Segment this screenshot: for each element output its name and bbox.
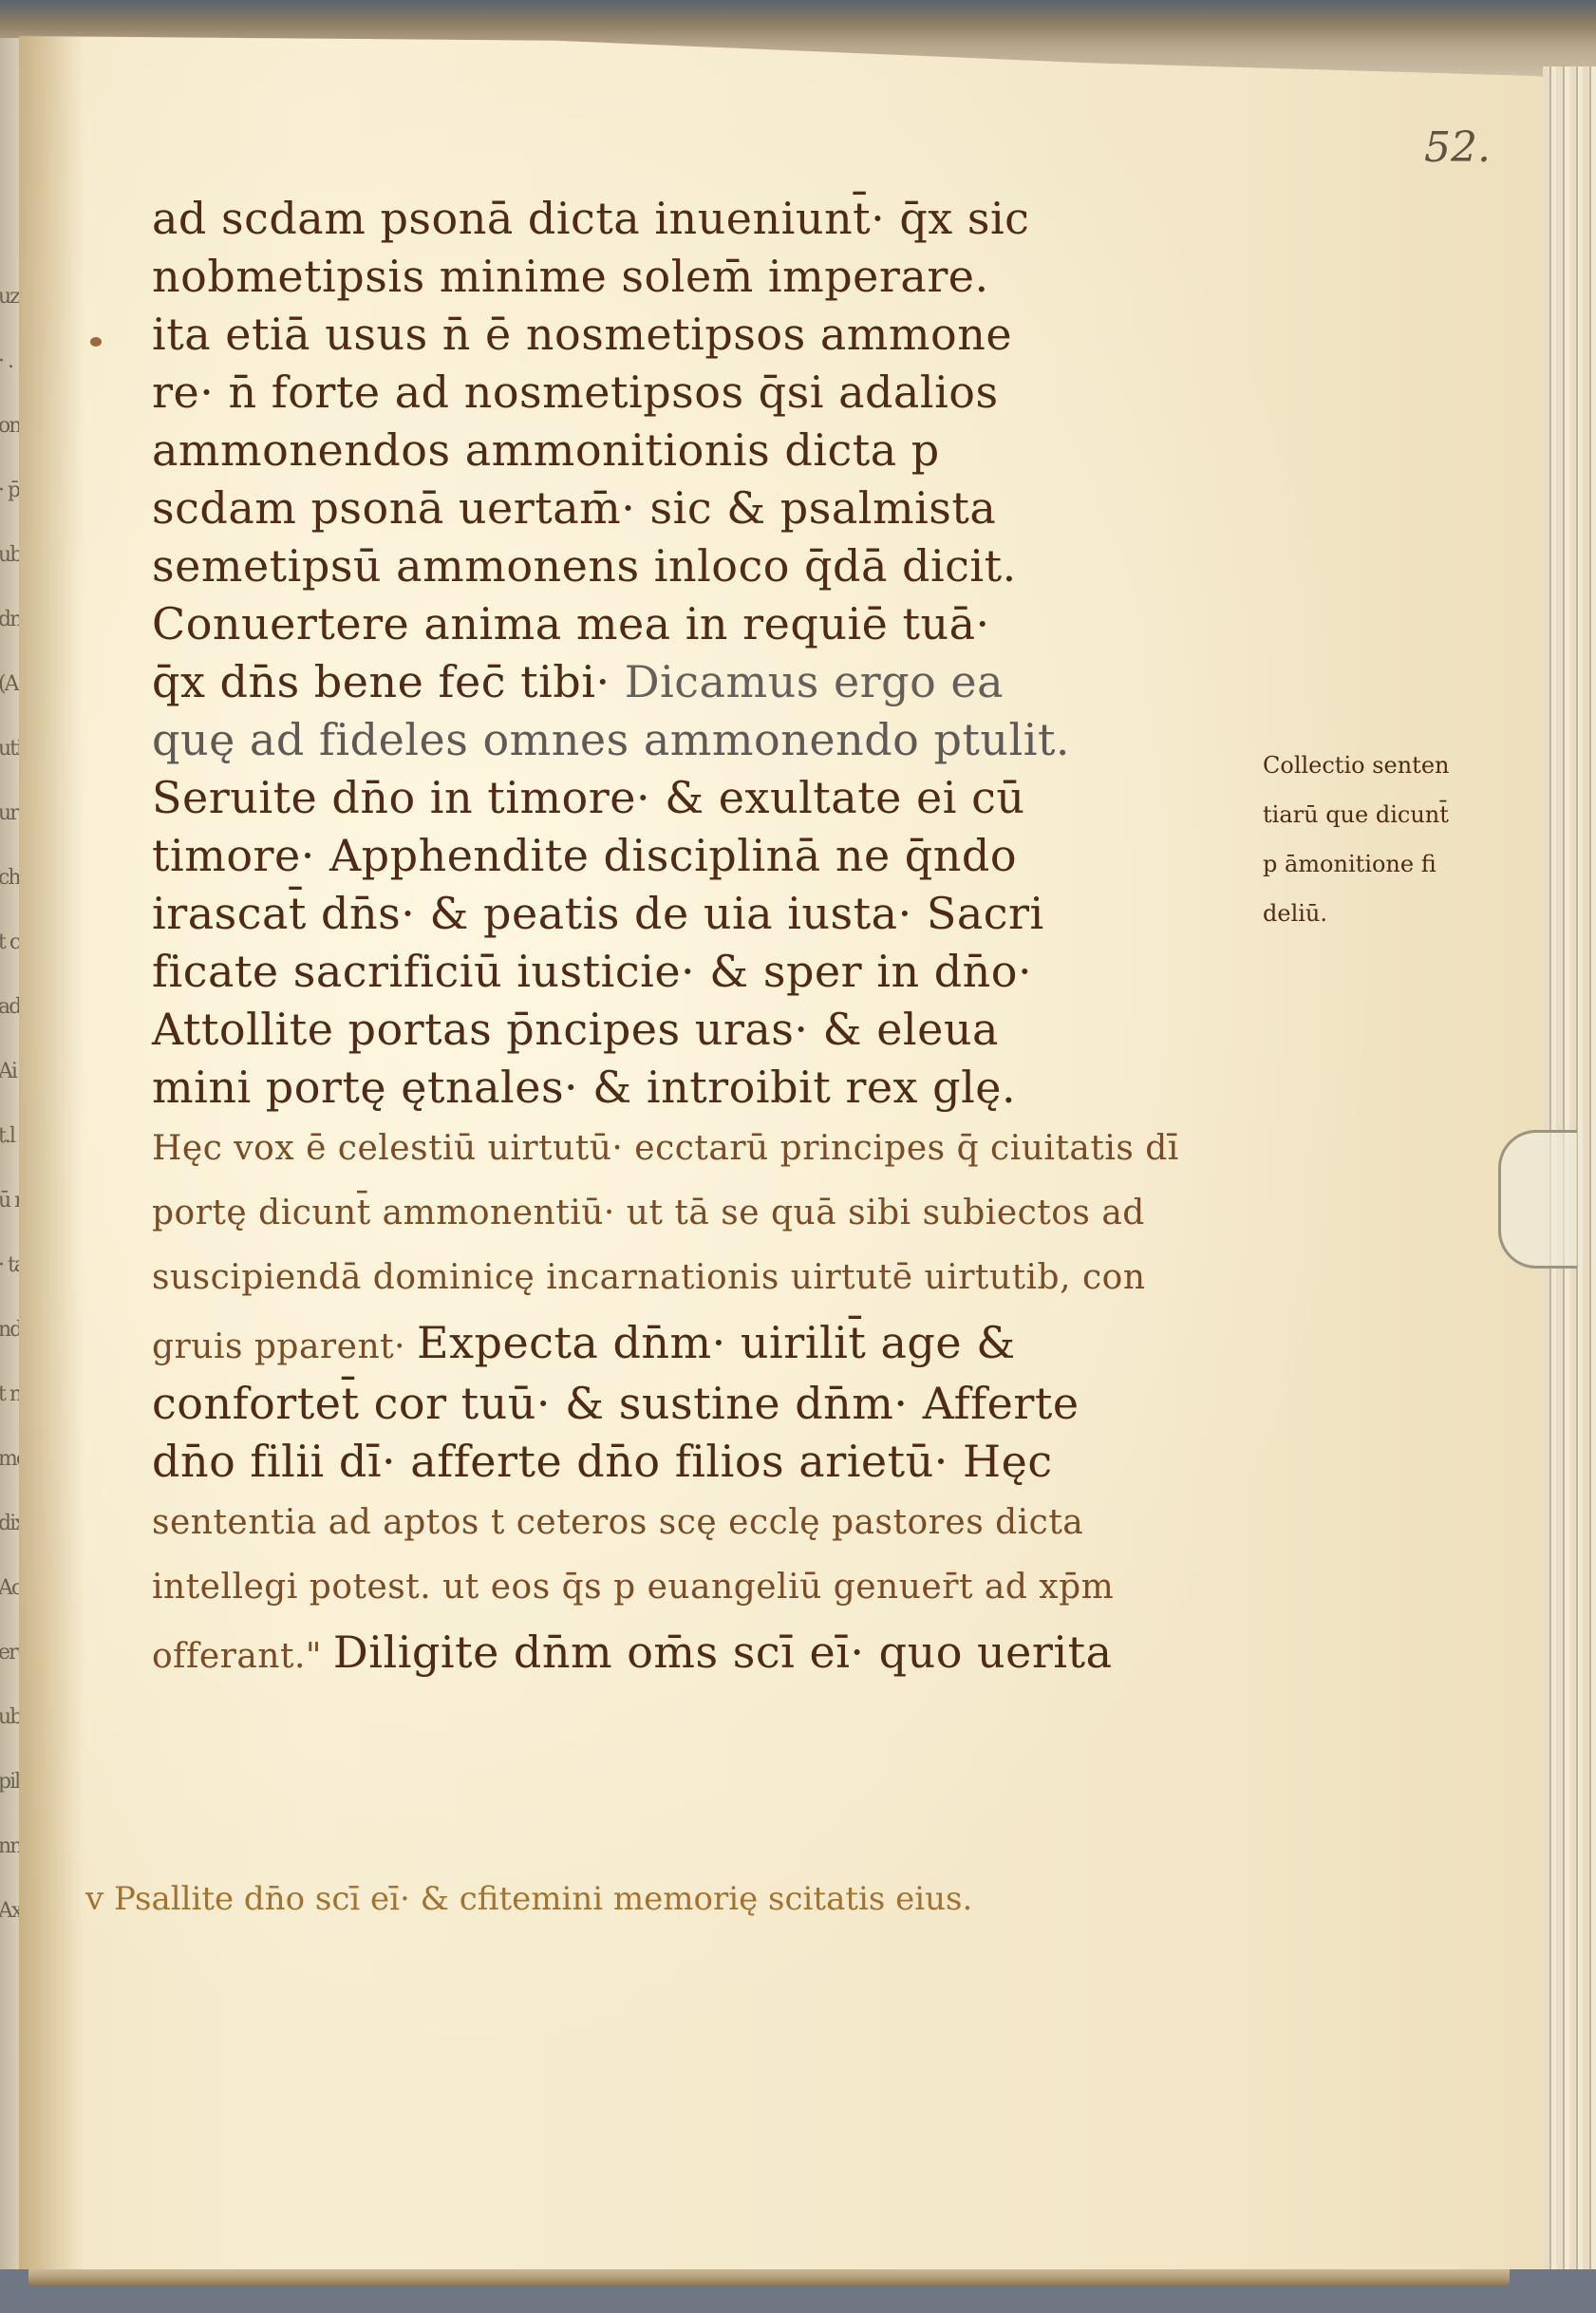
facing-page-text: t.l <box>0 1124 21 1148</box>
text-line: ficate sacrificiū iusticie· & sper in dn… <box>152 943 1272 1001</box>
facing-page-text: ch <box>0 866 21 890</box>
facing-page-text: pil <box>0 1770 21 1794</box>
text-line: ad scdam psonā dicta inueniunt̄· q̄x sic <box>152 190 1272 248</box>
text-segment: Dicamus ergo ea <box>625 656 1004 707</box>
facing-page-text: eru <box>0 1641 21 1664</box>
folio-number: 52. <box>1424 123 1491 172</box>
psalm-verse-line: v Psallite dn̄o scī eī· & cfitemini memo… <box>85 1880 972 1918</box>
facing-page-text: uti <box>0 737 21 761</box>
facing-page-text: Acq <box>0 1576 21 1600</box>
facing-page-text: nnd <box>0 1834 21 1858</box>
margin-note: Collectio senten tiarū que dicunt̄ p āmo… <box>1263 741 1548 938</box>
facing-page-text: dnc <box>0 608 21 631</box>
text-line: dn̄o filii dī· afferte dn̄o filios ariet… <box>152 1433 1272 1491</box>
margin-note-line: deliū. <box>1263 889 1548 938</box>
facing-page-text: t nd <box>0 1382 21 1406</box>
facing-page-text: ubn <box>0 1705 21 1729</box>
text-line: q̄x dn̄s bene fec̄ tibi· Dicamus ergo ea <box>152 653 1272 711</box>
facing-page-text: ad <box>0 995 21 1019</box>
margin-note-line: Collectio senten <box>1263 741 1548 790</box>
text-line: sententia ad aptos t ceteros scę ecclę p… <box>152 1491 1272 1555</box>
margin-note-line: p āmonitione fi <box>1263 839 1548 889</box>
text-line: portę dicunt̄ ammonentiū· ut tā se quā s… <box>152 1181 1272 1246</box>
facing-page-text: · . <box>0 349 21 373</box>
text-line: semetipsū ammonens inloco q̄dā dicit. <box>152 537 1272 595</box>
text-line: ita etiā usus n̄ ē nosmetipsos ammone <box>152 306 1272 364</box>
facing-page-text: onl <box>0 414 21 438</box>
facing-page-text: · ta <box>0 1253 21 1277</box>
text-segment: gruis pparent· <box>152 1327 417 1366</box>
verse-marker: v <box>85 1880 103 1918</box>
text-line: quę ad fideles omnes ammonendo ptulit. <box>152 711 1272 769</box>
text-line: nobmetipsis minime solem̄ imperare. <box>152 248 1272 306</box>
facing-page-text: · p̄ <box>0 479 21 502</box>
text-line: Seruite dn̄o in timore· & exultate ei cū <box>152 769 1272 827</box>
text-line: confortet̄ cor tuū· & sustine dn̄m· Affe… <box>152 1375 1272 1433</box>
text-line: timore· Apphendite disciplinā ne q̄ndo <box>152 827 1272 885</box>
facing-page-text: (A <box>0 672 21 696</box>
text-line: Hęc vox ē celestiū uirtutū· ecctarū prin… <box>152 1117 1272 1181</box>
text-line: ammonendos ammonitionis dicta p <box>152 422 1272 480</box>
text-segment: offerant." <box>152 1637 333 1676</box>
text-segment: q̄x dn̄s bene fec̄ tibi· <box>152 656 625 707</box>
text-line: offerant." Diligite dn̄m om̄s scī eī· qu… <box>152 1620 1272 1684</box>
text-segment: Expecta dn̄m· uirilit̄ age & <box>417 1317 1016 1368</box>
text-line: re· n̄ forte ad nosmetipsos q̄si adalios <box>152 364 1272 422</box>
margin-note-line: tiarū que dicunt̄ <box>1263 790 1548 839</box>
main-text-column: ad scdam psonā dicta inueniunt̄· q̄x sic… <box>152 190 1272 1684</box>
facing-page-text: dix <box>0 1512 21 1535</box>
text-line: mini portę ętnales· & introibit rex glę. <box>152 1059 1272 1117</box>
facing-page-text: mer <box>0 1447 21 1471</box>
text-line: gruis pparent· Expecta dn̄m· uirilit̄ ag… <box>152 1310 1272 1375</box>
text-line: Attollite portas p̄ncipes uras· & eleua <box>152 1001 1272 1059</box>
facing-page-text: ū n <box>0 1189 21 1213</box>
facing-page-text: Ai <box>0 1060 21 1083</box>
facing-page-text: ubl <box>0 543 21 567</box>
gutter-shadow <box>19 36 85 2269</box>
ink-spot <box>90 337 102 347</box>
facing-page-text: nd: <box>0 1318 21 1342</box>
text-line: scdam psonā uertam̄· sic & psalmista <box>152 480 1272 537</box>
facing-page-text: Axn <box>0 1899 21 1923</box>
text-line: suscipiendā dominicę incarnationis uirtu… <box>152 1246 1272 1310</box>
page-clip <box>1498 1130 1577 1269</box>
facing-page-text: ur <box>0 801 21 825</box>
facing-page-text: uz <box>0 285 21 309</box>
facing-page-text: t̄ c <box>0 931 21 954</box>
facing-page-strip: uz· .onl· p̄ubldnc(Autiurcht̄ cadAit.lū … <box>0 38 21 2269</box>
text-segment: Diligite dn̄m om̄s scī eī· quo uerita <box>333 1627 1113 1678</box>
text-line: irascat̄ dn̄s· & peatis de uia iusta· Sa… <box>152 885 1272 943</box>
text-line: intellegi potest. ut eos q̄s p euangeliū… <box>152 1555 1272 1620</box>
text-line: Conuertere anima mea in requiē tuā· <box>152 595 1272 653</box>
verse-text: Psallite dn̄o scī eī· & cfitemini memori… <box>114 1880 972 1918</box>
